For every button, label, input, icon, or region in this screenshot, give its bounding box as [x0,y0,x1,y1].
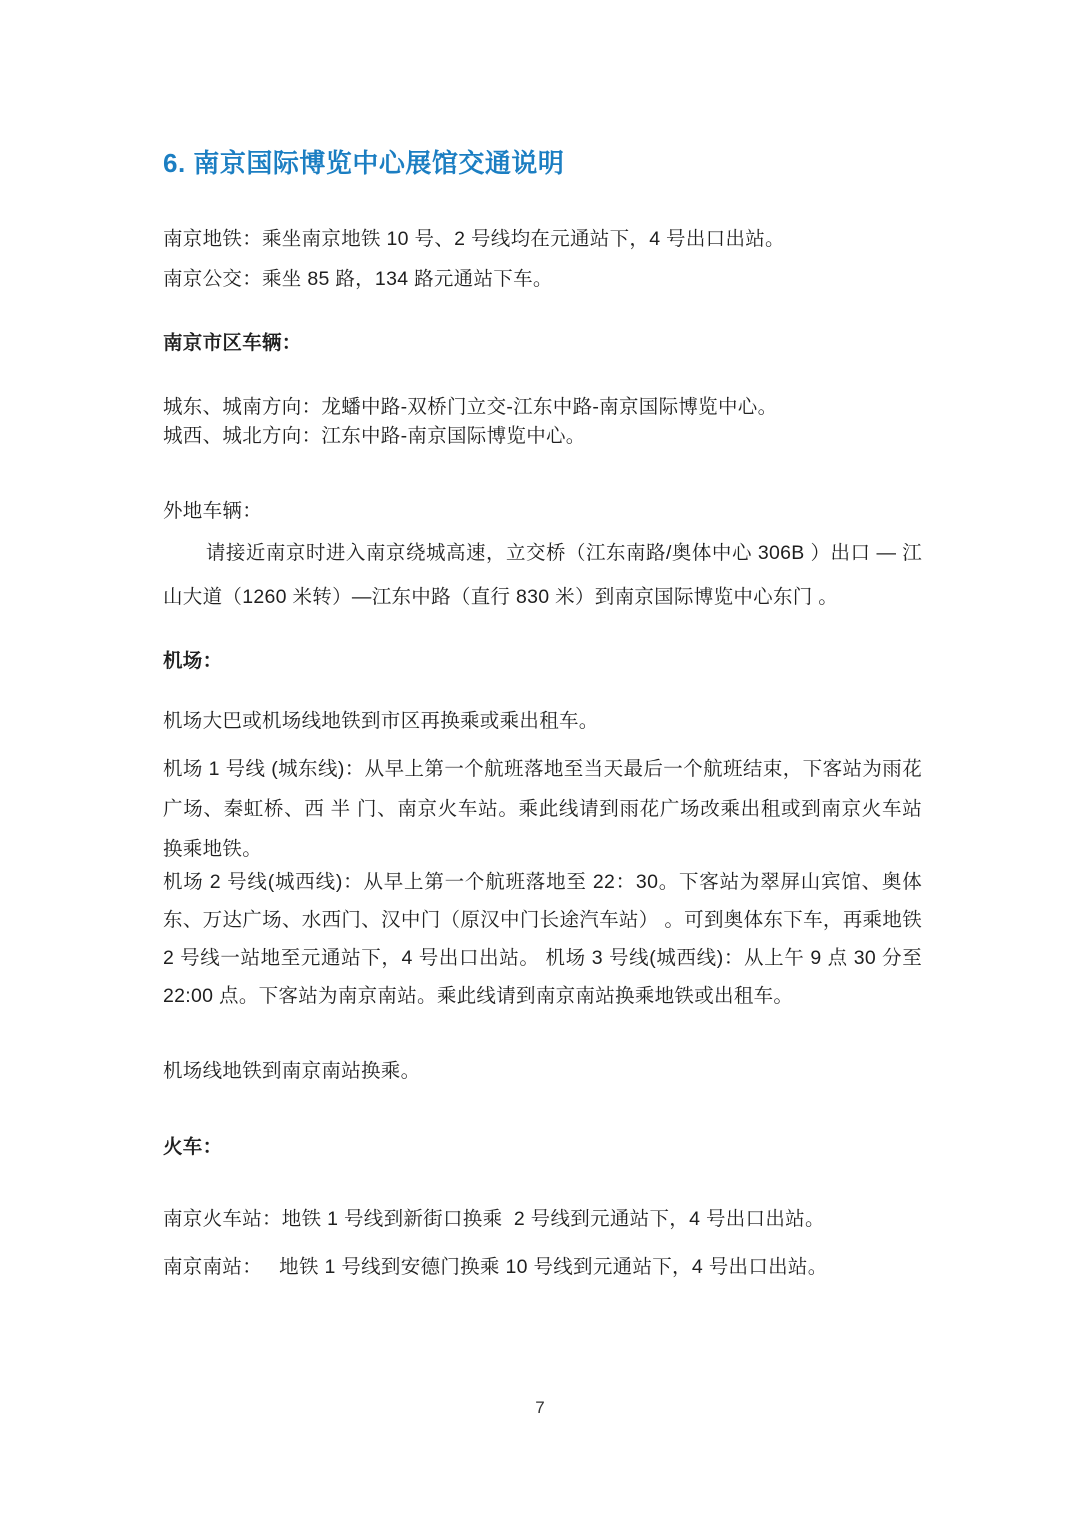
page-number: 7 [0,1398,1080,1418]
airport-shuttle-line2-line3: 机场 2 号线(城西线)：从早上第一个航班落地至 22：30。下客站为翠屏山宾馆… [163,863,922,1015]
route-east-south: 城东、城南方向：龙蟠中路-双桥门立交-江东中路-南京国际博览中心。 [163,393,922,422]
nanjing-railway-station-directions: 南京火车站：地铁 1 号线到新街口换乘 2 号线到元通站下，4 号出口出站。 [163,1195,922,1243]
section-heading: 6. 南京国际博览中心展馆交通说明 [163,145,922,181]
train-label: 火车： [163,1127,922,1167]
document-page: 6. 南京国际博览中心展馆交通说明 南京地铁：乘坐南京地铁 10 号、2 号线均… [0,0,1080,1527]
airport-metro-transfer-note: 机场线地铁到南京南站换乘。 [163,1051,922,1091]
city-routes-section: 城东、城南方向：龙蟠中路-双桥门立交-江东中路-南京国际博览中心。 城西、城北方… [163,393,922,451]
airport-label: 机场： [163,641,922,681]
metro-directions: 南京地铁：乘坐南京地铁 10 号、2 号线均在元通站下，4 号出口出站。 [163,219,922,259]
out-of-town-label: 外地车辆： [163,491,922,531]
out-of-town-directions: 请接近南京时进入南京绕城高速，立交桥（江东南路/奥体中心 306B ）出口 — … [163,531,922,619]
airport-intro: 机场大巴或机场线地铁到市区再换乘或乘出租车。 [163,701,922,741]
nanjing-south-station-directions: 南京南站： 地铁 1 号线到安德门换乘 10 号线到元通站下，4 号出口出站。 [163,1243,922,1291]
route-west-north: 城西、城北方向：江东中路-南京国际博览中心。 [163,422,922,451]
city-vehicles-label: 南京市区车辆： [163,323,922,363]
train-section: 南京火车站：地铁 1 号线到新街口换乘 2 号线到元通站下，4 号出口出站。 南… [163,1195,922,1291]
metro-bus-section: 南京地铁：乘坐南京地铁 10 号、2 号线均在元通站下，4 号出口出站。 南京公… [163,219,922,299]
bus-directions: 南京公交：乘坐 85 路，134 路元通站下车。 [163,259,922,299]
airport-shuttle-line1: 机场 1 号线 (城东线)：从早上第一个航班落地至当天最后一个航班结束，下客站为… [163,749,922,869]
